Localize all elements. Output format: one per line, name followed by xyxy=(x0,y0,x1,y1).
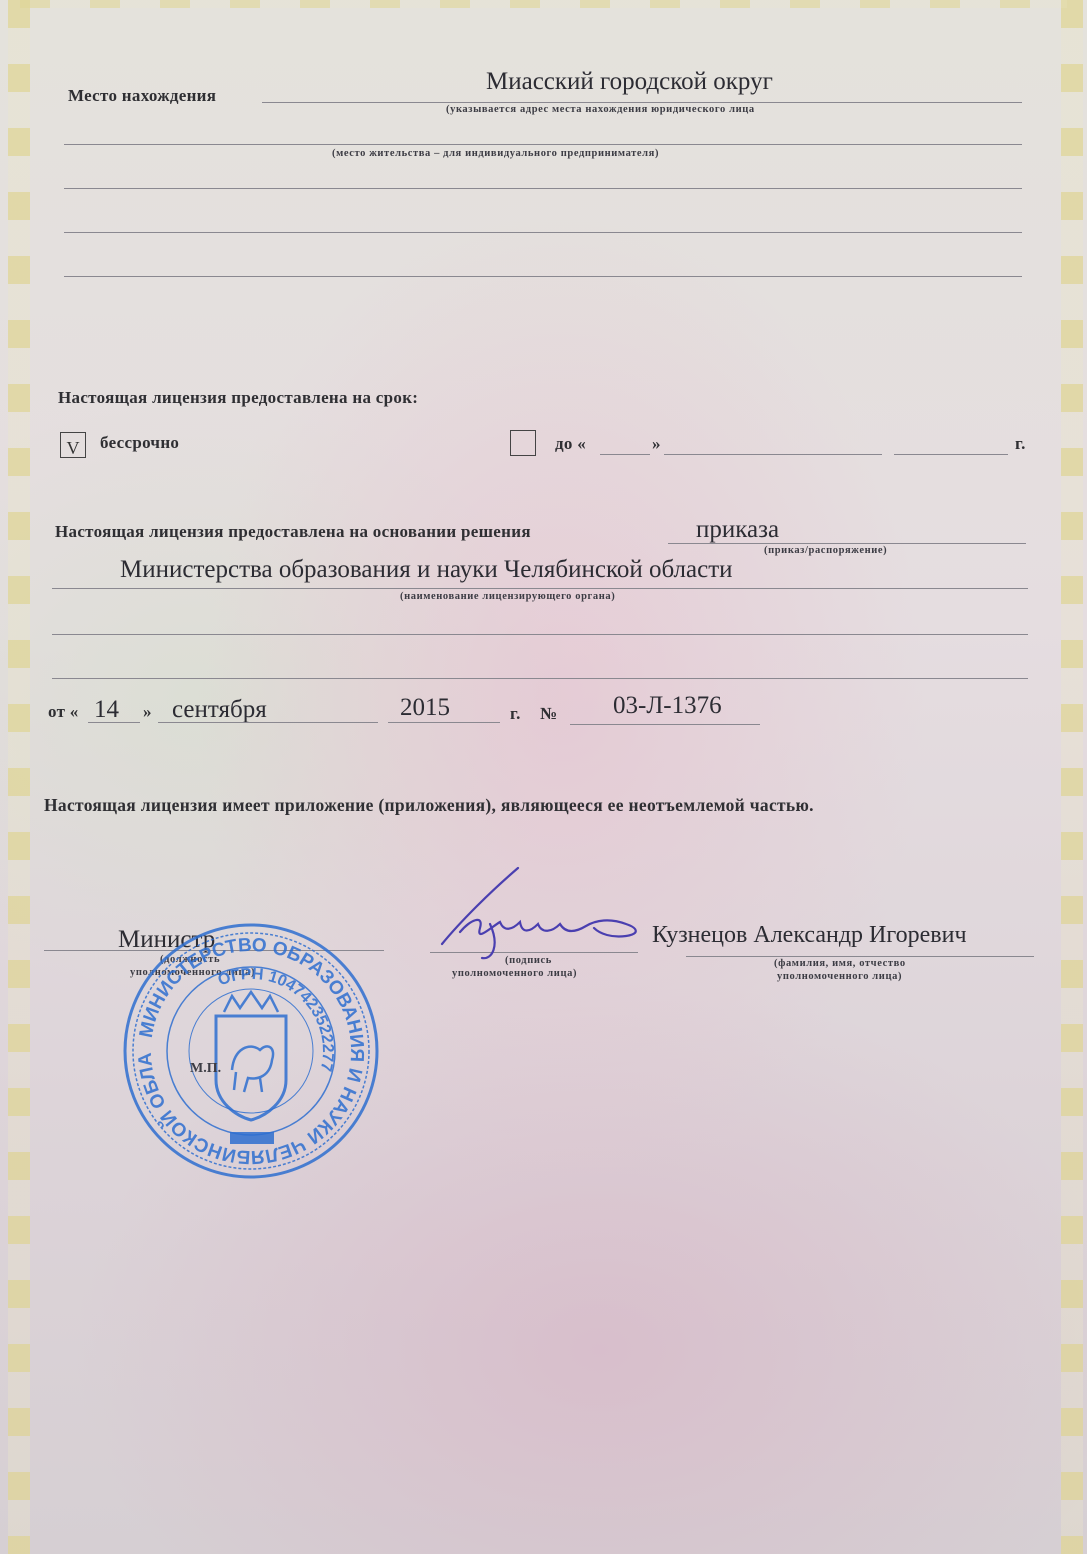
location-line-5 xyxy=(64,276,1022,277)
order-number-line xyxy=(570,724,760,725)
location-line-2 xyxy=(64,144,1022,145)
decorative-border-left xyxy=(8,0,30,1554)
decision-type-value: приказа xyxy=(696,516,779,544)
authority-hint: (наименование лицензирующего органа) xyxy=(400,591,615,602)
order-day-line xyxy=(88,722,140,723)
location-line xyxy=(262,102,1022,103)
handwritten-signature xyxy=(430,862,650,962)
location-line-4 xyxy=(64,232,1022,233)
term-label: Настоящая лицензия предоставлена на срок… xyxy=(58,388,418,408)
until-day-line xyxy=(600,454,650,455)
location-label: Место нахождения xyxy=(68,86,216,106)
location-value: Миасский городской округ xyxy=(486,68,773,96)
until-label: до « xyxy=(555,434,586,454)
location-hint-individual: (место жительства – для индивидуального … xyxy=(332,148,659,159)
order-close-quote: » xyxy=(143,702,152,722)
order-year-suffix: г. xyxy=(510,704,521,724)
decision-type-line xyxy=(668,543,1026,544)
authority-line xyxy=(52,588,1028,589)
name-hint-1: (фамилия, имя, отчество xyxy=(774,958,906,969)
appendix-note: Настоящая лицензия имеет приложение (при… xyxy=(44,795,814,816)
until-month-line xyxy=(664,454,882,455)
authority-line-2 xyxy=(52,634,1028,635)
signature-hint-2: уполномоченного лица) xyxy=(452,968,577,979)
decorative-border-top xyxy=(20,0,1067,8)
signatory-name: Кузнецов Александр Игоревич xyxy=(652,922,967,949)
authority-line-3 xyxy=(52,678,1028,679)
order-year: 2015 xyxy=(400,694,450,722)
until-close-quote: » xyxy=(652,434,661,454)
location-hint-legal: (указывается адрес места нахождения юрид… xyxy=(446,104,755,115)
seal-label: М.П. xyxy=(190,1061,221,1076)
order-number: 03-Л-1376 xyxy=(613,692,722,720)
coat-of-arms-icon xyxy=(216,992,286,1144)
basis-label: Настоящая лицензия предоставлена на осно… xyxy=(55,522,531,542)
order-month-line xyxy=(158,722,378,723)
order-number-label: № xyxy=(540,704,557,724)
checkbox-indefinite[interactable]: V xyxy=(60,432,86,458)
until-year-line xyxy=(894,454,1008,455)
name-hint-2: уполномоченного лица) xyxy=(777,971,902,982)
location-line-3 xyxy=(64,188,1022,189)
until-year-suffix: г. xyxy=(1015,434,1026,454)
order-day: 14 xyxy=(94,696,119,724)
official-stamp: МИНИСТЕРСТВО ОБРАЗОВАНИЯ И НАУКИ ЧЕЛЯБИН… xyxy=(120,920,382,1182)
name-line xyxy=(686,956,1034,957)
order-month: сентября xyxy=(172,696,267,724)
check-mark-icon: V xyxy=(67,438,80,458)
decorative-border-right xyxy=(1061,0,1083,1554)
indefinite-label: бессрочно xyxy=(100,433,179,453)
checkbox-until-date[interactable] xyxy=(510,430,536,456)
authority-value: Министерства образования и науки Челябин… xyxy=(120,556,733,584)
order-from-label: от « xyxy=(48,702,79,722)
order-year-line xyxy=(388,722,500,723)
decision-type-hint: (приказ/распоряжение) xyxy=(764,545,887,556)
